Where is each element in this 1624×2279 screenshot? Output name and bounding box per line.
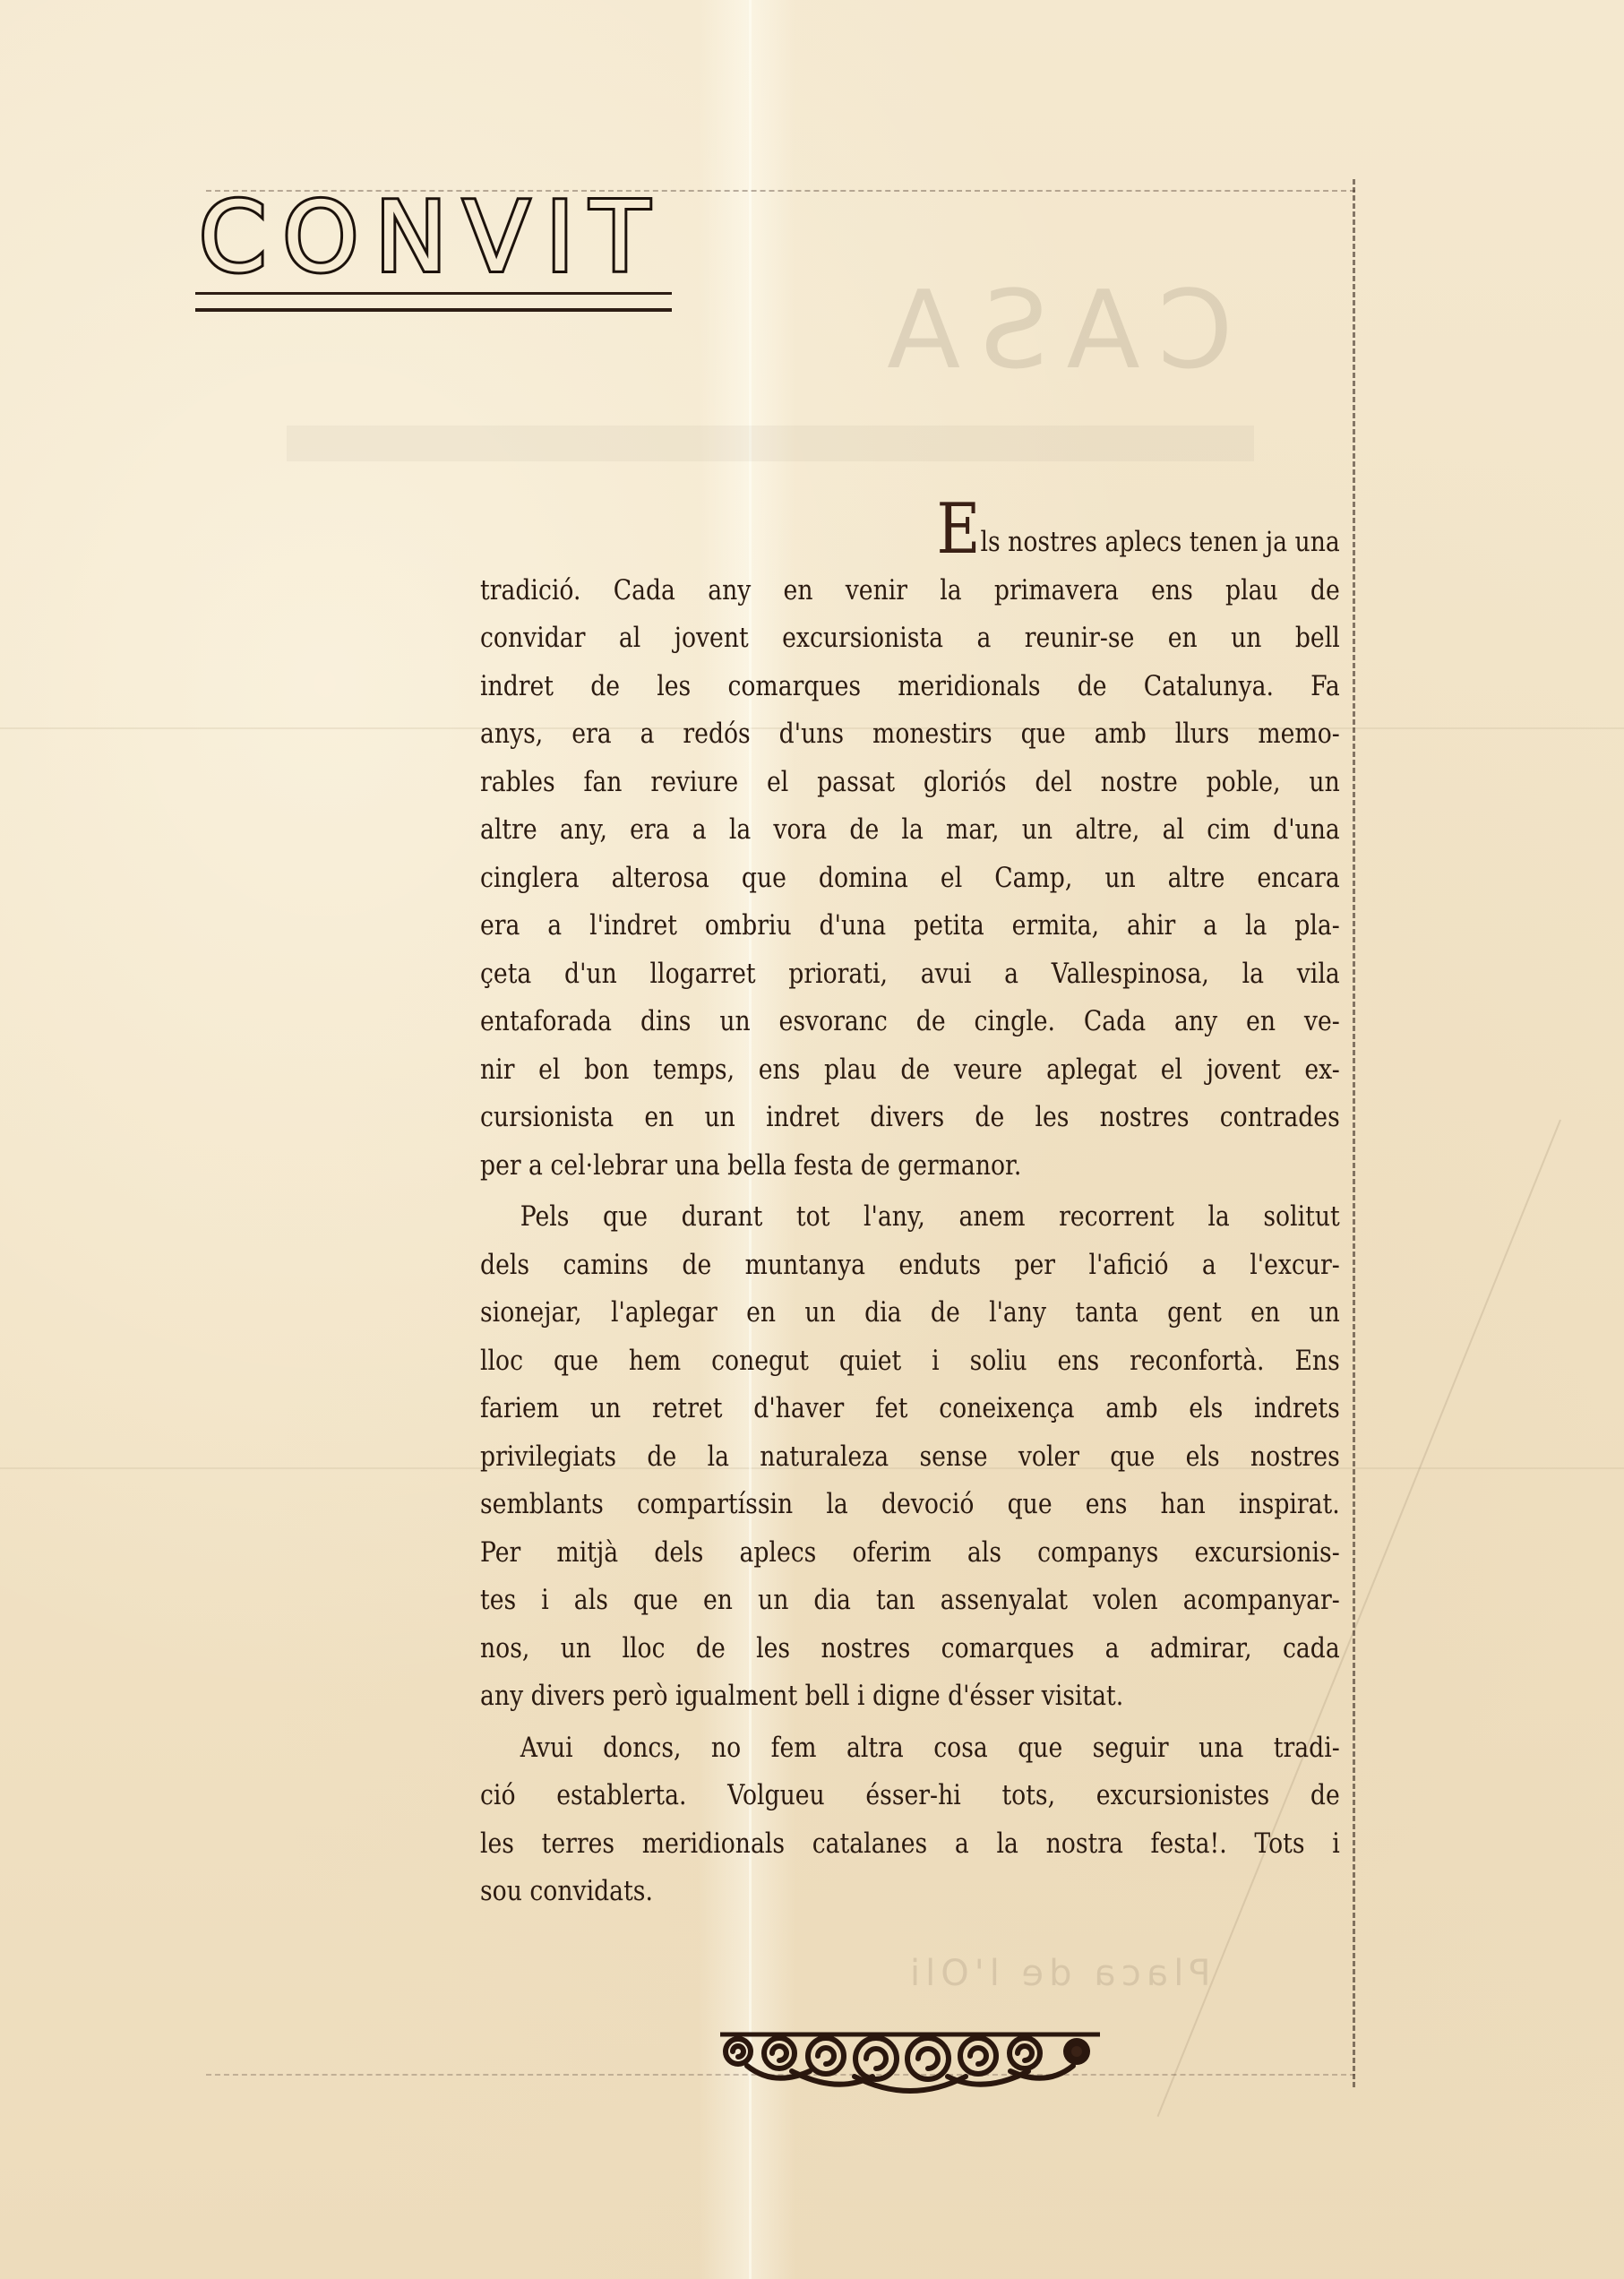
paragraph-line: any divers però igualment bell i digne d… — [480, 1673, 1340, 1721]
paragraph-line: les terres meridionals catalanes a la no… — [480, 1820, 1340, 1869]
paragraph-2: Pels que durant tot l'any, anem recorren… — [480, 1193, 1340, 1721]
ghost-frame-border — [1353, 179, 1355, 2087]
ghost-mirrored-footer: Placa de l'Oli — [905, 1953, 1211, 1994]
paragraph-line: nos, un lloc de les nostres comarques a … — [480, 1625, 1340, 1673]
paragraph-line: altre any, era a la vora de la mar, un a… — [480, 806, 1340, 855]
paragraph-line: entaforada dins un esvoranc de cingle. C… — [480, 998, 1340, 1046]
paragraph-line: Pels que durant tot l'any, anem recorren… — [480, 1193, 1340, 1242]
paragraph-line: convidar al jovent excursionista a reuni… — [480, 615, 1340, 663]
spiral-scroll-ornament-icon — [720, 2032, 1100, 2094]
ghost-band — [287, 426, 1254, 461]
paragraph-line: privilegiats de la naturaleza sense vole… — [480, 1433, 1340, 1482]
paragraph-1: Els nostres aplecs tenen ja una tradició… — [480, 507, 1340, 1190]
title-rule-bottom — [195, 308, 672, 312]
paragraph-line: era a l'indret ombriu d'una petita ermit… — [480, 902, 1340, 950]
paragraph-line: anys, era a redós d'uns monestirs que am… — [480, 710, 1340, 759]
drop-cap: E — [936, 489, 980, 570]
page-title: CONVIT — [199, 190, 666, 287]
paragraph-line: per a cel·lebrar una bella festa de germ… — [480, 1142, 1340, 1191]
paragraph-line: nir el bon temps, ens plau de veure aple… — [480, 1046, 1340, 1095]
paragraph-line: çeta d'un llogarret priorati, avui a Val… — [480, 950, 1340, 999]
paragraph-line: indret de les comarques meridionals de C… — [480, 663, 1340, 711]
invitation-body: Els nostres aplecs tenen ja una tradició… — [480, 507, 1340, 1916]
paragraph-line: cursionista en un indret divers de les n… — [480, 1094, 1340, 1142]
paragraph-line: lloc que hem conegut quiet i soliu ens r… — [480, 1337, 1340, 1386]
paragraph-line: sou convidats. — [480, 1868, 1340, 1916]
paragraph-line: ció establerta. Volgueu ésser-hi tots, e… — [480, 1772, 1340, 1820]
paragraph-line: Per mitjà dels aplecs oferim als company… — [480, 1529, 1340, 1578]
paragraph-line: cinglera alterosa que domina el Camp, un… — [480, 855, 1340, 903]
paragraph-3: Avui doncs, no fem altra cosa que seguir… — [480, 1724, 1340, 1916]
paragraph-line: tes i als que en un dia tan assenyalat v… — [480, 1577, 1340, 1625]
paragraph-line: Els nostres aplecs tenen ja una — [480, 507, 1340, 567]
paragraph-line: sionejar, l'aplegar en un dia de l'any t… — [480, 1289, 1340, 1337]
paragraph-line: fariem un retret d'haver fet coneixença … — [480, 1385, 1340, 1433]
paragraph-line: rables fan reviure el passat gloriós del… — [480, 759, 1340, 807]
paragraph-line: semblants compartíssin la devoció que en… — [480, 1481, 1340, 1529]
ghost-mirrored-heading: CASA — [869, 269, 1233, 393]
title-rule-top — [195, 292, 672, 295]
paragraph-line: tradició. Cada any en venir la primavera… — [480, 567, 1340, 615]
paragraph-line: dels camins de muntanya enduts per l'afi… — [480, 1242, 1340, 1290]
paragraph-line: Avui doncs, no fem altra cosa que seguir… — [480, 1724, 1340, 1773]
